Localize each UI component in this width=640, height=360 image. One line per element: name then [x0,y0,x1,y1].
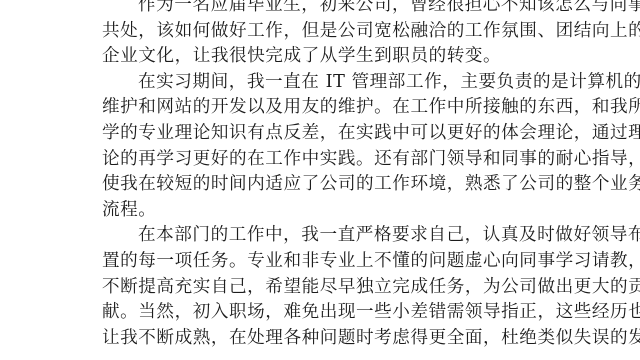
text-line: 献。当然，初入职场，难免出现一些小差错需领导指正，这些经历也 [102,300,542,326]
text-line: 不断提高充实自己，希望能尽早独立完成任务，为公司做出更大的贡 [102,275,542,301]
text-line: 作为一名应届毕业生，初来公司，曾经很担心不知该怎么与同事 [102,0,542,19]
paragraph-2: 在实习期间，我一直在 IT 管理部工作，主要负责的是计算机的 维护和网站的开发以… [102,70,542,224]
text-line: 置的每一项任务。专业和非专业上不懂的问题虚心向同事学习请教， [102,249,542,275]
text-line: 学的专业理论知识有点反差，在实践中可以更好的体会理论，通过理 [102,121,542,147]
text-line: 论的再学习更好的在工作中实践。还有部门领导和同事的耐心指导， [102,147,542,173]
document-body: 作为一名应届毕业生，初来公司，曾经很担心不知该怎么与同事 共处，该如何做好工作，… [102,0,542,351]
paragraph-1: 作为一名应届毕业生，初来公司，曾经很担心不知该怎么与同事 共处，该如何做好工作，… [102,0,542,70]
text-line: 让我不断成熟，在处理各种问题时考虑得更全面，杜绝类似失误的发 [102,326,542,352]
document-page: 作为一名应届毕业生，初来公司，曾经很担心不知该怎么与同事 共处，该如何做好工作，… [0,0,640,360]
paragraph-3: 在本部门的工作中，我一直严格要求自己，认真及时做好领导布 置的每一项任务。专业和… [102,223,542,351]
text-line: 企业文化，让我很快完成了从学生到职员的转变。 [102,44,542,70]
text-line: 共处，该如何做好工作，但是公司宽松融洽的工作氛围、团结向上的 [102,19,542,45]
text-line: 流程。 [102,198,542,224]
text-line: 在实习期间，我一直在 IT 管理部工作，主要负责的是计算机的 [102,70,542,96]
text-line: 维护和网站的开发以及用友的维护。在工作中所接触的东西，和我所 [102,95,542,121]
text-line: 使我在较短的时间内适应了公司的工作环境，熟悉了公司的整个业务 [102,172,542,198]
text-line: 在本部门的工作中，我一直严格要求自己，认真及时做好领导布 [102,223,542,249]
